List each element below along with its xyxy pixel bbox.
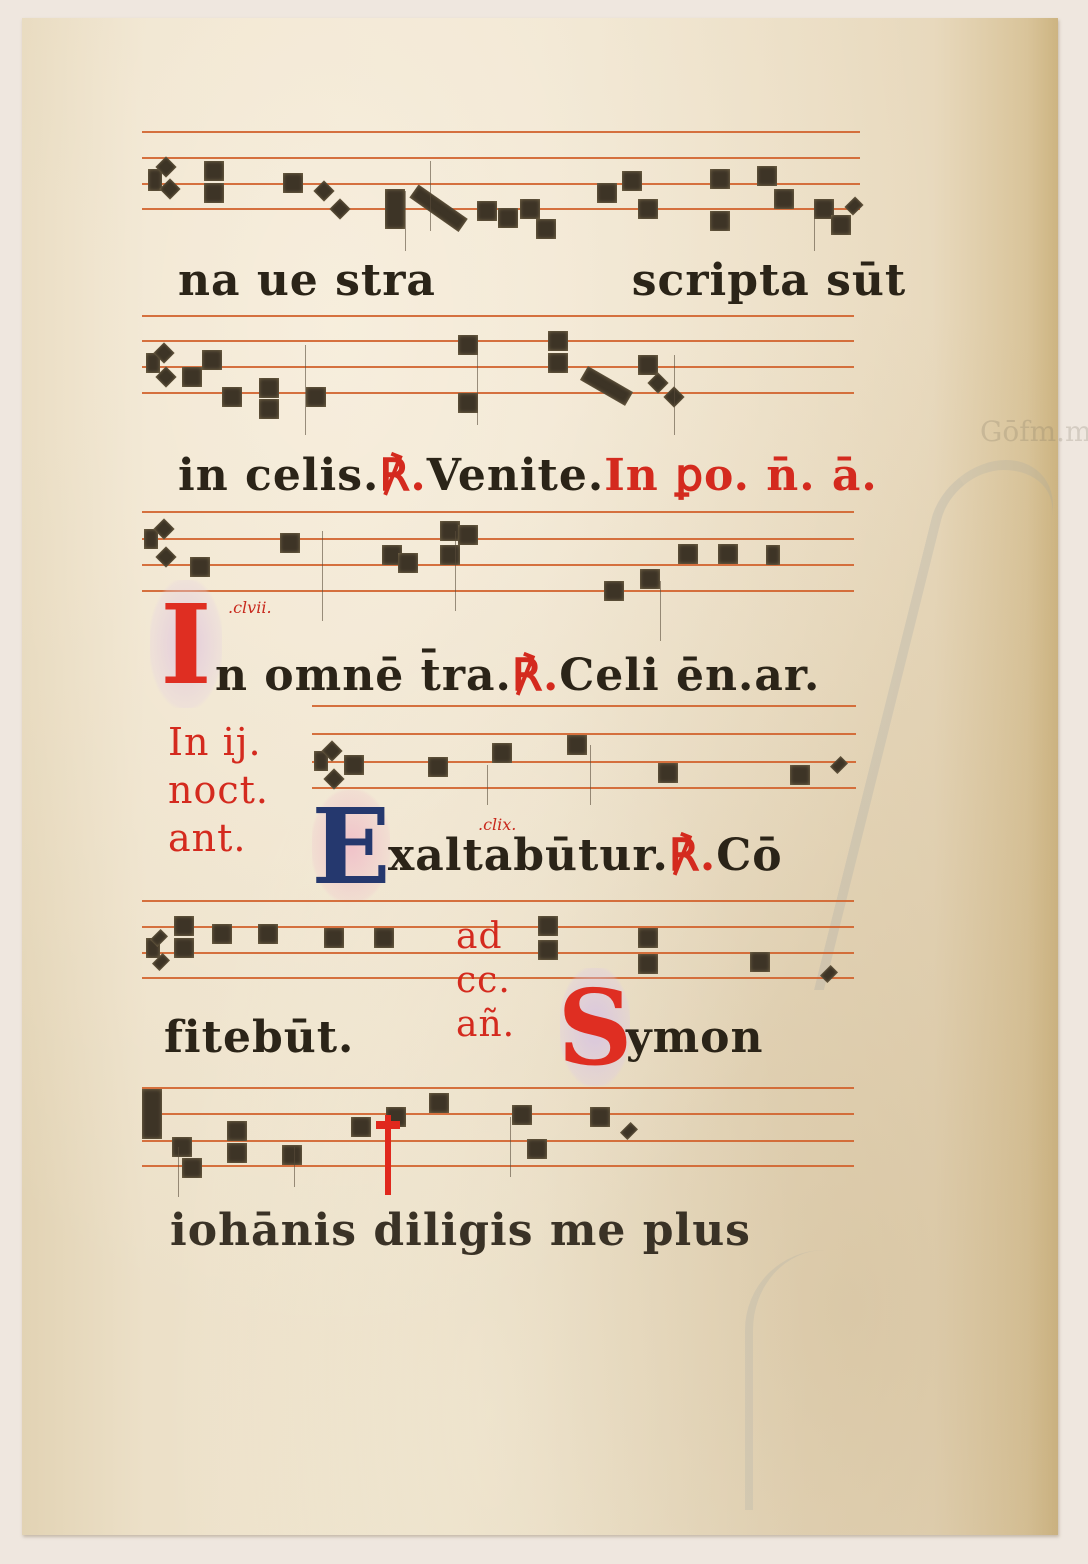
lyric-line-6: iohānis diligis me plus [170,1205,751,1256]
lyric-line-2: in celis.℟.Venite.In ꝑo. n̄. ā. [178,450,878,501]
bleed-through-flourish [745,1250,903,1510]
staff-5 [142,900,854,901]
red-custos-mark [376,1115,400,1195]
margin-rubric-ad-cc: ad cc. añ. [456,915,515,1047]
decorated-initial-I: I [150,580,222,708]
rubric-in-psalmo: In ꝑo. n̄. ā. [604,450,878,501]
lyric-line-5a: fitebūt. [164,1012,354,1063]
margin-rubric-nocturn: In ij. noct. ant. [168,718,269,862]
staff-2 [142,315,854,316]
rubric-response: ℟. [379,450,426,501]
lyric-line-4: xaltabūtur.℟.Cō [388,830,783,881]
lyric-line-3: n omnē t̄ra.℟.Celi ēn.ar. [215,650,820,701]
decorated-initial-E: E [312,790,390,902]
bleed-through-text: Gōfm.mn [980,415,1088,448]
decorated-initial-S: S [560,968,630,1086]
lyric-line-5b: ymon [626,1012,763,1063]
staff-1 [142,131,860,132]
rubric-response: ℟. [669,830,716,881]
staff-6 [142,1087,854,1088]
folio-ref-clvii: .clvii. [228,598,272,617]
lyric-line-1: na ue stra scripta sūt [178,255,906,306]
staff-4 [312,705,856,706]
rubric-response: ℟. [512,650,559,701]
staff-3 [142,511,854,512]
